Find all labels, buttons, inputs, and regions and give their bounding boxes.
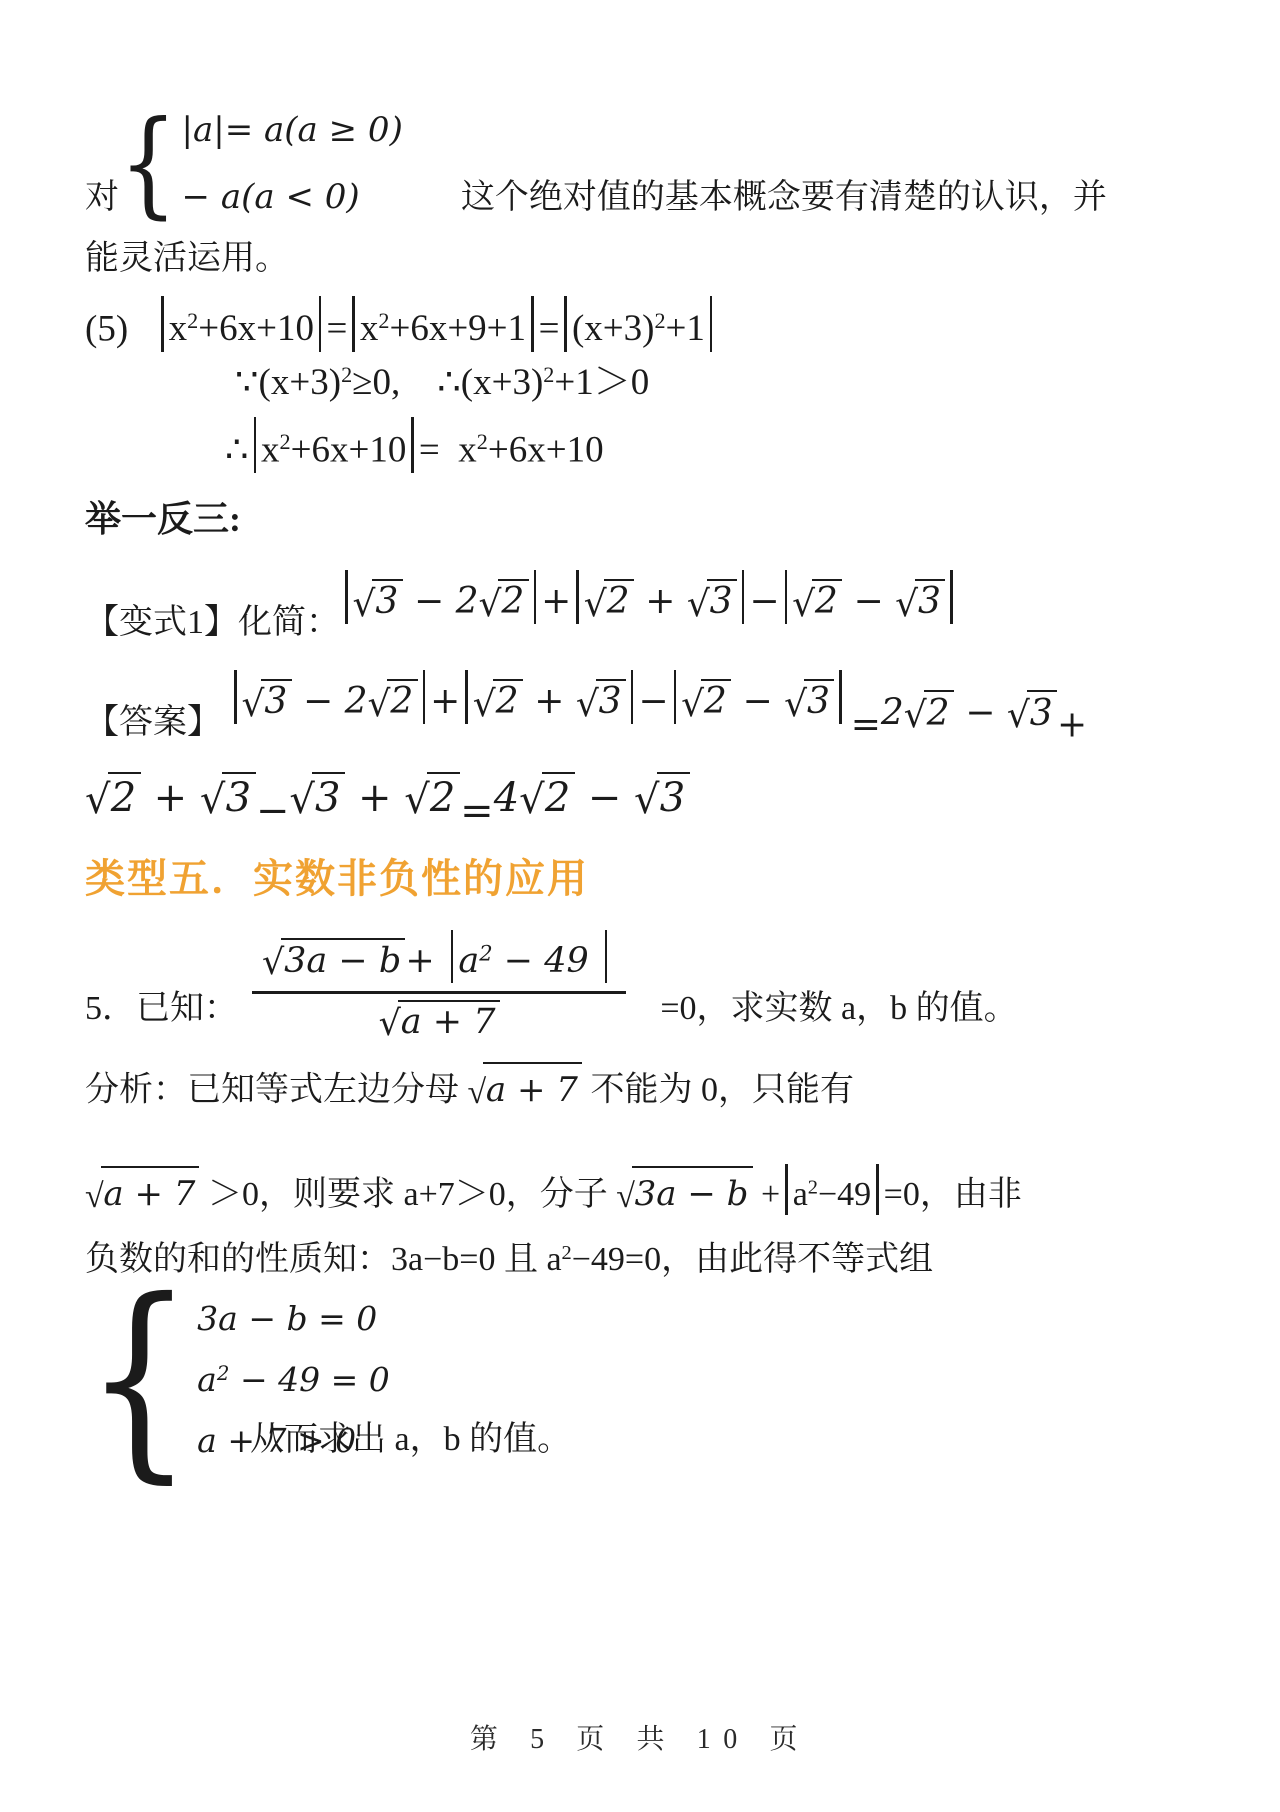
radical-sign: √ (85, 780, 111, 820)
sqrt-expression: √2 (792, 579, 842, 623)
radicand: 3 (804, 679, 834, 723)
math-text: + (634, 581, 687, 622)
sqrt-expression: √3 (289, 772, 345, 821)
math-text: + (753, 1176, 781, 1213)
abs-bar (785, 570, 788, 624)
radicand: 3 (261, 679, 291, 723)
math-text: +6x+10 (488, 429, 604, 470)
abs-bar (710, 296, 713, 352)
sqrt-expression: √3a − b (262, 938, 405, 981)
radical-sign: √ (368, 687, 391, 723)
piecewise-line-2: − a(a < 0) (182, 172, 360, 223)
step5-formula-1: x2+6x+10=x2+6x+9+1=(x+3)2+1 (156, 308, 717, 349)
math-text: + (430, 681, 460, 722)
radical-sign: √ (904, 698, 927, 734)
step5-label: (5) (85, 308, 128, 349)
radical-sign: √ (1007, 698, 1030, 734)
math-text-low: − (256, 788, 290, 834)
radical-sign: √ (519, 780, 545, 820)
sqrt-expression: √3 (242, 679, 292, 723)
math-text: x (261, 429, 280, 470)
radicand: 2 (108, 772, 141, 821)
variation1-label: 【变式1】化简： (85, 597, 340, 648)
abs-bar (161, 296, 164, 352)
math-text: ∵(x+3) (235, 362, 341, 403)
superscript: 2 (654, 308, 665, 333)
sqrt-expression: √a + 7 (379, 1000, 500, 1043)
math-text: − 49 (493, 941, 600, 981)
math-text: +1＞0 (554, 362, 649, 403)
superscript: 2 (477, 429, 488, 454)
analysis-line-2: √a + 7 ＞0，则要求 a+7＞0，分子 √3a − b +a2−49=0，… (85, 1164, 1195, 1220)
section-label-analogy: 举一反三: (85, 492, 1195, 546)
sqrt-expression: √3a − b (616, 1166, 752, 1220)
superscript: 2 (217, 1362, 230, 1385)
radicand: 2 (427, 772, 460, 821)
math-text: 分析：已知等式左边分母 (85, 1072, 468, 1109)
intro-definition-row: 对 { |a|= a(a ≥ 0) − a(a < 0) 这个绝对值的基本概念要… (85, 105, 1195, 223)
math-text: (x+3) (572, 308, 655, 349)
abs-bar (234, 670, 237, 724)
fraction-numerator: √3a − b+ a2 − 49 (252, 928, 626, 994)
abs-bar (576, 570, 579, 624)
radical-sign: √ (85, 1180, 104, 1214)
math-text: − (954, 693, 1007, 734)
intro-text-2: 能灵活运用。 (85, 233, 1195, 284)
step5-line-3: ∴x2+6x+10= x2+6x+10 (225, 417, 1195, 476)
math-text: +6x+9+1 (389, 308, 526, 349)
sqrt-expression: √2 (904, 690, 954, 734)
sqrt-expression: √2 (404, 772, 460, 821)
abs-bar (785, 1164, 788, 1215)
radical-sign: √ (404, 780, 430, 820)
step5-line-2: ∵(x+3)2≥0, ∴(x+3)2+1＞0 (235, 357, 1195, 409)
abs-bar (423, 670, 426, 724)
math-text: +6x+10 (291, 429, 407, 470)
variation1-expression: √3 − 2√2+√2 + √3−√2 − √3 (340, 570, 958, 624)
abs-bar (465, 670, 468, 724)
sqrt-expression: √2 (681, 679, 731, 723)
radical-sign: √ (200, 780, 226, 820)
sqrt-expression: √3 (200, 772, 256, 821)
sqrt-expression: √3 (895, 579, 945, 623)
math-text: − (749, 581, 779, 622)
sqrt-expression: √a + 7 (468, 1062, 582, 1116)
radicand: a + 7 (101, 1166, 200, 1220)
problem5-tail: =0，求实数 a，b 的值。 (660, 983, 1017, 1034)
answer-label: 【答案】 (85, 697, 221, 748)
math-text: −49 (818, 1176, 871, 1213)
superscript: 2 (280, 429, 291, 454)
page-number-footer: 第 5 页 共 10 页 (85, 1717, 1195, 1757)
system-left-brace: { (85, 1284, 193, 1475)
radical-sign: √ (379, 1007, 401, 1042)
fraction-denominator: √a + 7 (379, 994, 500, 1043)
sqrt-expression: √3 (1007, 690, 1057, 734)
radicand: 2 (387, 679, 417, 723)
sqrt-expression: √a + 7 (85, 1166, 199, 1220)
superscript: 2 (341, 362, 352, 387)
type5-heading: 类型五．实数非负性的应用 (85, 847, 1195, 904)
sqrt-expression: √2 (368, 679, 418, 723)
radicand: 3 (657, 772, 690, 821)
math-text: − (731, 681, 784, 722)
radical-sign: √ (479, 587, 502, 623)
analysis-line-3: 负数的和的性质知：3a−b=0 且 a2−49=0，由此得不等式组 (85, 1234, 1195, 1285)
math-text: = (539, 308, 560, 349)
system-line-1: 3a − b = 0 (197, 1299, 377, 1338)
math-text: + (345, 775, 404, 821)
radical-sign: √ (895, 587, 918, 623)
document-page: 对 { |a|= a(a ≥ 0) − a(a < 0) 这个绝对值的基本概念要… (0, 0, 1280, 1812)
math-text: + (405, 941, 445, 981)
radicand: 3 (707, 579, 737, 623)
math-text: 不能为 0，只能有 (582, 1072, 854, 1109)
sqrt-expression: √3 (634, 772, 690, 821)
math-text: ＞0，则要求 a+7＞0，分子 (199, 1176, 616, 1213)
radicand: 3a − b (281, 938, 405, 981)
radicand: 2 (604, 579, 634, 623)
answer-result-line-2: √2 + √3 − √3 + √2 = 4√2 − √3 (85, 772, 1195, 821)
math-text: a (793, 1176, 808, 1213)
math-text: −49=0，由此得不等式组 (572, 1241, 933, 1278)
radicand: a + 7 (398, 1000, 500, 1043)
math-text: − 2 (403, 581, 479, 622)
superscript: 2 (479, 941, 492, 965)
radical-sign: √ (468, 1076, 487, 1110)
intro-prefix: 对 (85, 172, 119, 223)
radicand: a + 7 (483, 1062, 582, 1116)
radical-sign: √ (784, 687, 807, 723)
math-text: 2 (881, 693, 904, 734)
abs-bar (345, 570, 348, 624)
abs-bar (352, 296, 355, 352)
math-text: x (360, 308, 379, 349)
math-text: + (541, 581, 571, 622)
sqrt-expression: √2 (584, 579, 634, 623)
abs-bar (674, 670, 677, 724)
superscript: 2 (378, 308, 389, 333)
superscript: 2 (187, 308, 198, 333)
sqrt-expression: √2 (85, 772, 141, 821)
radicand: 3 (596, 679, 626, 723)
sqrt-expression: √3 (687, 579, 737, 623)
radical-sign: √ (681, 687, 704, 723)
math-text: − (638, 681, 668, 722)
radical-sign: √ (792, 587, 815, 623)
radicand: 2 (701, 679, 731, 723)
problem5-row: 5．已知： √3a − b+ a2 − 49 √a + 7 =0，求实数 a，b… (85, 920, 1195, 1034)
math-text: = (326, 308, 347, 349)
superscript: 2 (543, 362, 554, 387)
math-text-low: = (851, 705, 881, 746)
superscript: 2 (562, 1241, 572, 1263)
radicand: 3 (372, 579, 402, 623)
abs-bar (839, 670, 842, 724)
superscript: 2 (808, 1176, 818, 1198)
piecewise-line-1: |a|= a(a ≥ 0) (182, 105, 403, 156)
math-text: + (141, 775, 200, 821)
abs-bar (254, 417, 257, 473)
radical-sign: √ (616, 1180, 635, 1214)
variation1-row: 【变式1】化简： √3 − 2√2+√2 + √3−√2 − √3 (85, 560, 1195, 648)
problem5-label: 5．已知： (85, 983, 238, 1034)
radical-sign: √ (584, 587, 607, 623)
sqrt-expression: √2 (473, 679, 523, 723)
radicand: 3 (312, 772, 345, 821)
math-text: x (169, 308, 188, 349)
radical-sign: √ (242, 687, 265, 723)
problem5-fraction: √3a − b+ a2 − 49 √a + 7 (252, 928, 626, 1042)
radicand: 2 (542, 772, 575, 821)
math-text: +6x+10 (198, 308, 314, 349)
math-text: + (523, 681, 576, 722)
radical-sign: √ (289, 780, 315, 820)
answer-expression: √3 − 2√2+√2 + √3−√2 − √3 (229, 670, 847, 724)
math-text: a (197, 1360, 217, 1399)
abs-bar (605, 930, 608, 983)
math-text: − 49 = 0 (229, 1360, 389, 1399)
abs-bar (950, 570, 953, 624)
math-text: =0，由非 (884, 1176, 1022, 1213)
sqrt-expression: √2 (479, 579, 529, 623)
piecewise-lines: |a|= a(a ≥ 0) − a(a < 0) (182, 105, 403, 223)
sqrt-expression: √3 (784, 679, 834, 723)
answer-result-head: =2√2 − √3 + (851, 690, 1087, 734)
math-text: − 2 (292, 681, 368, 722)
sqrt-expression: √2 (519, 772, 575, 821)
math-text: a (458, 941, 479, 981)
abs-bar (411, 417, 414, 473)
math-text-low: = (460, 788, 494, 834)
radical-sign: √ (353, 587, 376, 623)
math-text: ≥0, (352, 362, 400, 403)
math-text: 4 (494, 775, 519, 821)
abs-bar (742, 570, 745, 624)
math-text: ∴ (225, 429, 249, 470)
abs-bar (534, 570, 537, 624)
radicand: 2 (924, 690, 954, 734)
radical-sign: √ (687, 587, 710, 623)
intro-text: 这个绝对值的基本概念要有清楚的认识，并 (461, 172, 1107, 223)
math-text: = x (419, 429, 477, 470)
piecewise-definition: { |a|= a(a ≥ 0) − a(a < 0) (119, 105, 403, 223)
left-brace: { (119, 112, 178, 215)
analysis-line-1: 分析：已知等式左边分母 √a + 7 不能为 0，只能有 (85, 1062, 1195, 1116)
answer-row: 【答案】 √3 − 2√2+√2 + √3−√2 − √3 =2√2 − √3 … (85, 660, 1195, 748)
sqrt-expression: √3 (576, 679, 626, 723)
step5-line-1: (5)x2+6x+10=x2+6x+9+1=(x+3)2+1 (85, 296, 1195, 355)
radical-sign: √ (576, 687, 599, 723)
sqrt-expression: √3 (353, 579, 403, 623)
abs-bar (319, 296, 322, 352)
radical-sign: √ (473, 687, 496, 723)
abs-bar (876, 1164, 879, 1215)
abs-bar (564, 296, 567, 352)
abs-bar (451, 930, 454, 983)
abs-bar (631, 670, 634, 724)
radicand: 3 (222, 772, 255, 821)
abs-bar (531, 296, 534, 352)
analysis-conclusion: 从而求出 a，b 的值。 (250, 1414, 1195, 1465)
math-text: − (842, 581, 895, 622)
system-line-2: a2 − 49 = 0 (197, 1360, 390, 1399)
radicand: 3 (915, 579, 945, 623)
radical-sign: √ (262, 946, 284, 981)
radicand: 3 (1027, 690, 1057, 734)
radical-sign: √ (634, 780, 660, 820)
math-text: +1 (666, 308, 705, 349)
radicand: 3a − b (632, 1166, 753, 1220)
radicand: 2 (812, 579, 842, 623)
math-text: 3a − b = 0 (197, 1299, 377, 1338)
math-text: ∴(x+3) (400, 362, 543, 403)
math-text-low: + (1057, 705, 1087, 746)
math-text: − (575, 775, 634, 821)
radicand: 2 (493, 679, 523, 723)
radicand: 2 (498, 579, 528, 623)
